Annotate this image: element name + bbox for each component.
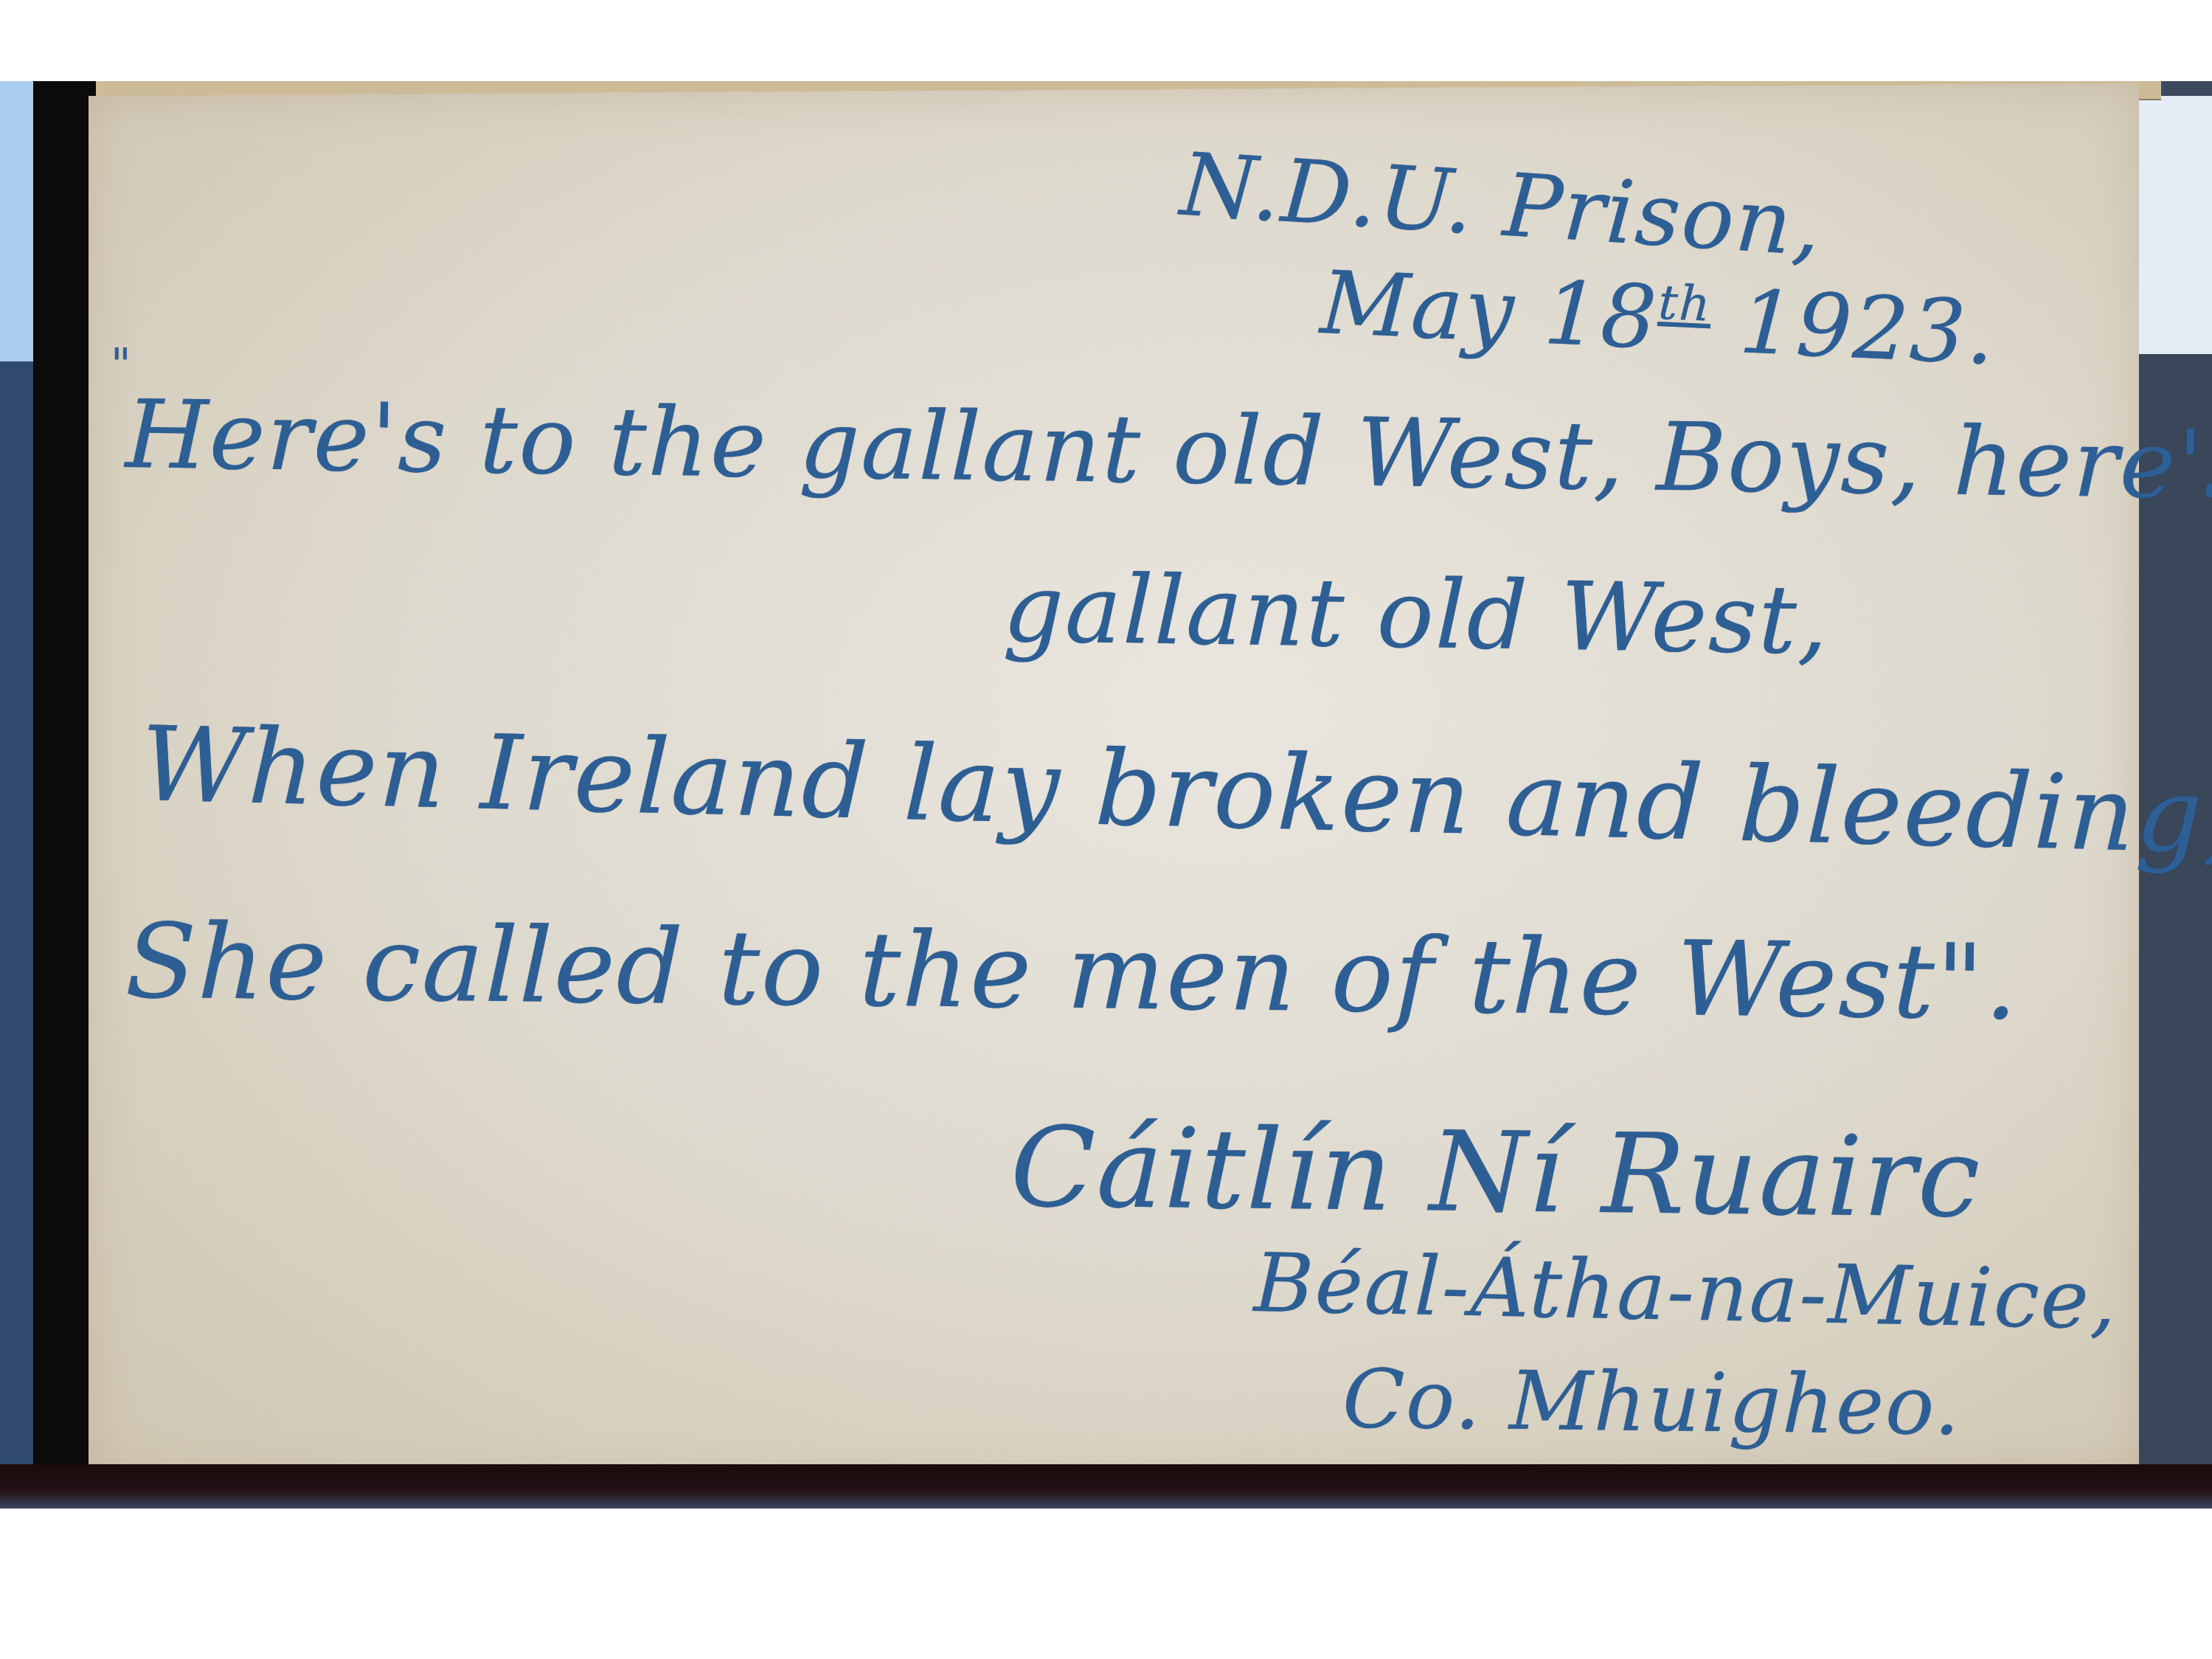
- verse-line-3: When Ireland lay broken and bleeding,: [139, 704, 2212, 878]
- verse-line-2: gallant old West,: [1002, 554, 1831, 676]
- signature-name: Cáitlín Ní Ruairc: [1010, 1104, 1983, 1243]
- signature-town: Béal-Átha-na-Muice,: [1253, 1236, 2119, 1347]
- page-canvas: N.D.U. Prison, May 18th 1923. " Here's t…: [0, 0, 2212, 1659]
- verse-line-4: She called to the men of the West".: [125, 901, 2020, 1043]
- signature-county: Co. Mhuigheo.: [1342, 1351, 1963, 1453]
- backdrop-right-light: [2138, 96, 2212, 361]
- date-month-day: May 18: [1318, 252, 1660, 369]
- heading-date: May 18th 1923.: [1318, 252, 1999, 384]
- photograph: N.D.U. Prison, May 18th 1923. " Here's t…: [0, 81, 2212, 1509]
- verse-line-1: Here's to the gallant old West, Boys, he…: [125, 380, 2212, 526]
- heading-place: N.D.U. Prison,: [1177, 134, 1826, 276]
- date-suffix: th: [1657, 275, 1713, 333]
- date-year: 1923.: [1708, 269, 1999, 384]
- book-cover-edge-bottom: [0, 1464, 2212, 1509]
- backdrop-right-dark: [2131, 354, 2212, 1509]
- autograph-page: N.D.U. Prison, May 18th 1923. " Here's t…: [89, 83, 2139, 1483]
